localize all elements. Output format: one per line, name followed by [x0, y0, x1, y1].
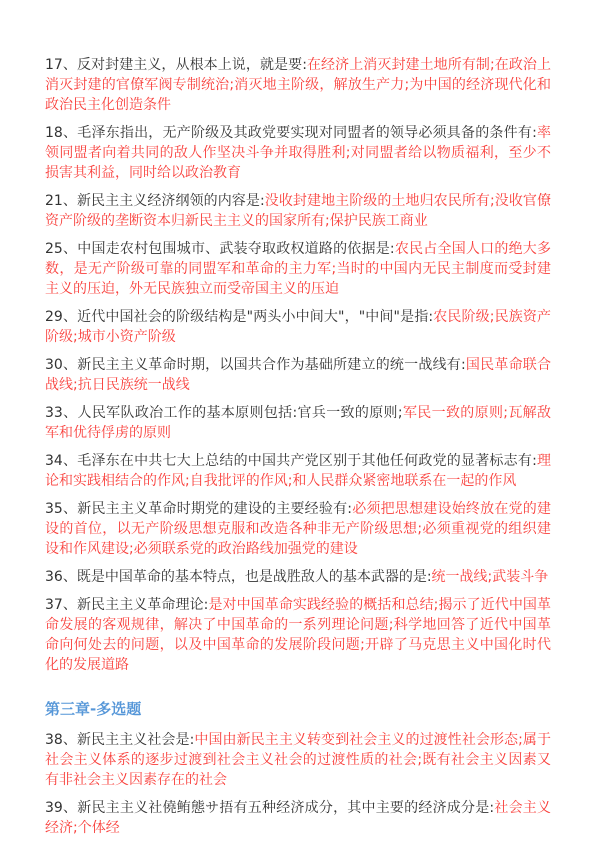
question-item: 35、新民主主义革命时期党的建设的主要经验有:必须把思想建设始终放在党的建设的首…	[45, 499, 551, 559]
question-stem: 30、新民主主义革命时期，以国共合作为基础所建立的统一战线有:	[45, 357, 466, 373]
question-item: 33、人民军队政冶工作的基本原则包括:官兵一致的原则;军民一致的原则;瓦解敌军和…	[45, 403, 551, 443]
document-body: 17、反对封建主义，从根本上说，就是要:在经济上消灭封建土地所有制;在政治上消灭…	[45, 55, 551, 838]
document-page: 17、反对封建主义，从根本上说，就是要:在经济上消灭封建土地所有制;在政治上消灭…	[0, 0, 596, 842]
question-stem: 34、毛泽东在中共七大上总结的中国共产党区别于其他任何政党的显著标志有:	[45, 453, 537, 469]
question-stem: 36、既是中国革命的基本特点，也是战胜敌人的基本武器的是:	[45, 569, 432, 585]
question-item: 36、既是中国革命的基本特点，也是战胜敌人的基本武器的是:统一战线;武装斗争	[45, 567, 551, 587]
question-stem: 18、毛泽东指出，无产阶级及其政党要实现对同盟者的领导必须具备的条件有:	[45, 125, 537, 141]
question-item: 29、近代中国社会的阶级结构是"两头小中间大"，"中间"是指:农民阶级;民族资产…	[45, 307, 551, 347]
question-stem: 21、新民主主义经济纲领的内容是:	[45, 193, 265, 209]
question-item: 34、毛泽东在中共七大上总结的中国共产党区别于其他任何政党的显著标志有:理论和实…	[45, 451, 551, 491]
question-stem: 29、近代中国社会的阶级结构是"两头小中间大"，"中间"是指:	[45, 309, 433, 325]
question-item: 25、中国走农村包围城市、武装夺取政权道路的依据是:农民占全国人口的绝大多数，是…	[45, 239, 551, 299]
question-item: 18、毛泽东指出，无产阶级及其政党要实现对同盟者的领导必须具备的条件有:率领同盟…	[45, 123, 551, 183]
question-item: 37、新民主主义革命理论:是对中国革命实践经验的概括和总结;揭示了近代中国革命发…	[45, 595, 551, 675]
question-item: 17、反对封建主义，从根本上说，就是要:在经济上消灭封建土地所有制;在政治上消灭…	[45, 55, 551, 115]
question-item: 39、新民主主义社僥鲔態サ捂有五种经济成分，其中主要的经济成分是:社会主义经济;…	[45, 798, 551, 838]
question-item: 38、新民主主义社会是:中国由新民主主义转变到社会主义的过渡性社会形态;属于社会…	[45, 730, 551, 790]
question-stem: 38、新民主主义社会是:	[45, 732, 194, 748]
section-heading: 第三章-多选题	[45, 699, 551, 720]
question-stem: 39、新民主主义社僥鲔態サ捂有五种经济成分，其中主要的经济成分是:	[45, 800, 494, 816]
question-stem: 33、人民军队政冶工作的基本原则包括:官兵一致的原则;	[45, 405, 403, 421]
question-stem: 35、新民主主义革命时期党的建设的主要经验有:	[45, 501, 352, 517]
question-stem: 25、中国走农村包围城市、武装夺取政权道路的依据是:	[45, 241, 395, 257]
question-stem: 17、反对封建主义，从根本上说，就是要:	[45, 57, 307, 73]
question-item: 21、新民主主义经济纲领的内容是:没收封建地主阶级的土地归农民所有;没收官僚资产…	[45, 191, 551, 231]
question-stem: 37、新民主主义革命理论:	[45, 597, 208, 613]
answer-text: 统一战线;武装斗争	[432, 569, 549, 585]
question-item: 30、新民主主义革命时期，以国共合作为基础所建立的统一战线有:国民革命联合战线;…	[45, 355, 551, 395]
